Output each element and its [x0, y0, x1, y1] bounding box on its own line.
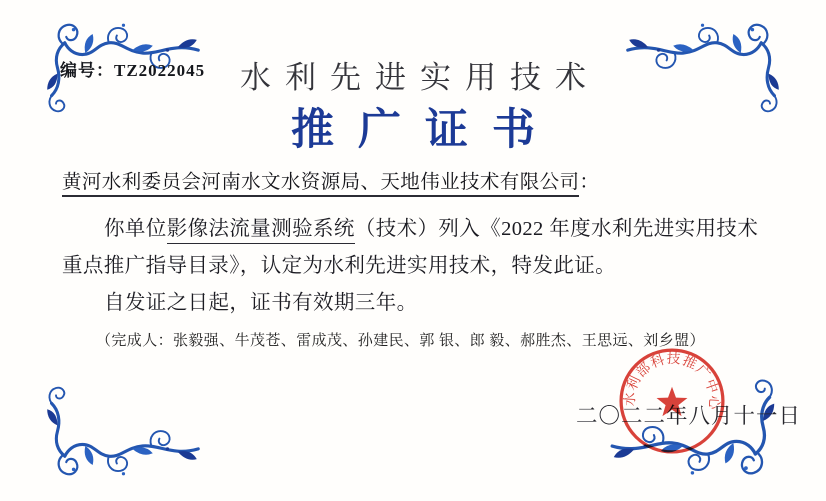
body-paragraph1-line2: 重点推广指导目录》，认定为水利先进实用技术，特发此证。: [62, 248, 616, 278]
certificate-title-line1: 水利先进实用技术: [0, 52, 826, 97]
body-paragraph1-line1: 你单位影像法流量测验系统（技术）列入《2022 年度水利先进实用技术: [62, 211, 758, 241]
certificate-title-line2: 推广证书: [0, 96, 826, 157]
seal-star-icon: [657, 387, 688, 416]
para1-rest: （技术）列入《2022 年度水利先进实用技术: [355, 218, 758, 240]
addressee-line: 黄河水利委员会河南水文水资源局、天地伟业技术有限公司：: [62, 166, 599, 194]
official-seal: 水利部科技推广中心: [616, 345, 728, 457]
corner-ornament-bottom-left-icon: [4, 377, 240, 487]
certificate-page: 编号：TZ2022045 水利先进实用技术 推广证书 黄河水利委员会河南水文水资…: [0, 0, 826, 501]
completers-line: （完成人：张毅强、牛茂苍、雷成茂、孙建民、郭 银、郎 毅、郝胜杰、王思远、刘乡盟…: [96, 329, 705, 350]
para1-prefix: 你单位: [104, 218, 167, 240]
addressee-colon: ：: [579, 172, 599, 193]
body-paragraph2: 自发证之日起，证书有效期三年。: [62, 285, 418, 315]
addressee-names: 黄河水利委员会河南水文水资源局、天地伟业技术有限公司: [62, 172, 579, 197]
technology-name: 影像法流量测验系统: [167, 218, 355, 244]
